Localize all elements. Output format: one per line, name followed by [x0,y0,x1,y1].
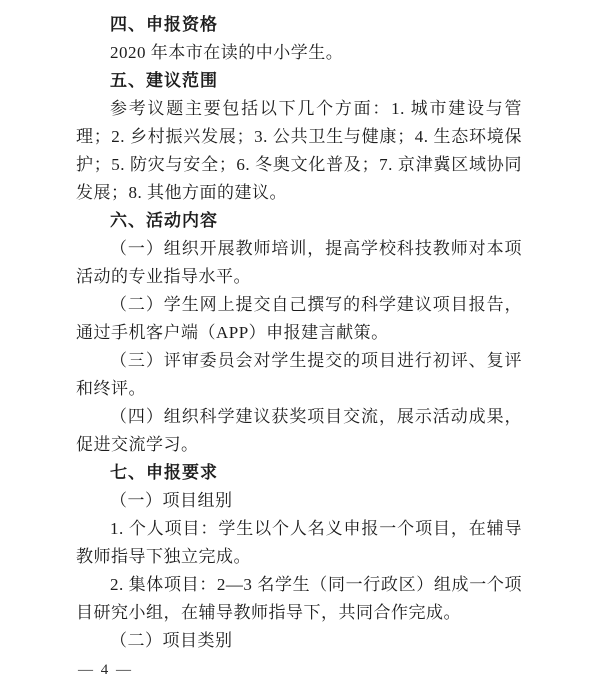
section-heading-5: 五、建议范围 [76,67,522,95]
paragraph-activity-2: （二）学生网上提交自己撰写的科学建议项目报告，通过手机客户端（APP）申报建言献… [76,291,522,347]
paragraph-activity-1: （一）组织开展教师培训，提高学校科技教师对本项活动的专业指导水平。 [76,235,522,291]
section-heading-4: 四、申报资格 [76,11,522,39]
document-page: 四、申报资格 2020 年本市在读的中小学生。 五、建议范围 参考议题主要包括以… [0,0,600,689]
paragraph-team-project: 2. 集体项目：2—3 名学生（同一行政区）组成一个项目研究小组，在辅导教师指导… [76,571,522,627]
paragraph-individual-project: 1. 个人项目：学生以个人名义申报一个项目，在辅导教师指导下独立完成。 [76,515,522,571]
paragraph-eligibility: 2020 年本市在读的中小学生。 [76,39,522,67]
page-number: — 4 — [78,662,133,679]
paragraph-activity-4: （四）组织科学建议获奖项目交流，展示活动成果，促进交流学习。 [76,403,522,459]
paragraph-project-group-label: （一）项目组别 [76,487,522,515]
paragraph-activity-3: （三）评审委员会对学生提交的项目进行初评、复评和终评。 [76,347,522,403]
paragraph-topic-scope: 参考议题主要包括以下几个方面：1. 城市建设与管理；2. 乡村振兴发展；3. 公… [76,95,522,207]
paragraph-project-category-label: （二）项目类别 [76,627,522,655]
section-heading-6: 六、活动内容 [76,207,522,235]
section-heading-7: 七、申报要求 [76,459,522,487]
document-body: 四、申报资格 2020 年本市在读的中小学生。 五、建议范围 参考议题主要包括以… [76,11,522,655]
